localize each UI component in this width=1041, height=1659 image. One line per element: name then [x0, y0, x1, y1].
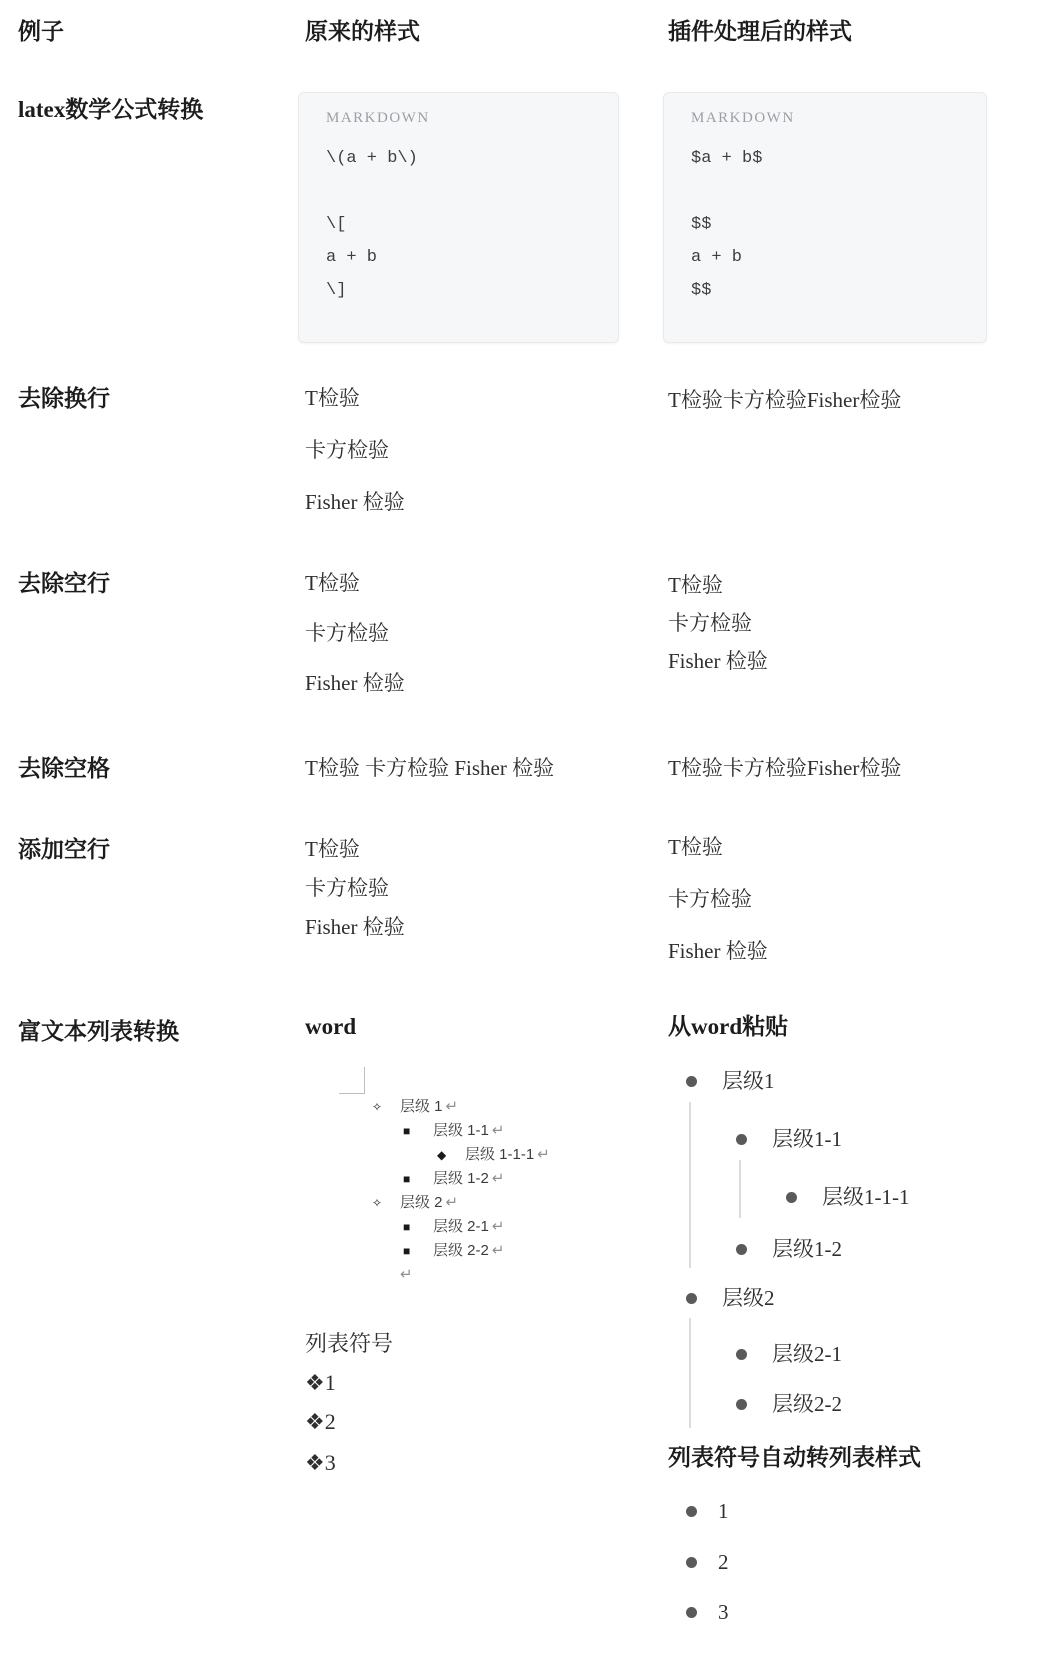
bullet-dot-icon [736, 1349, 747, 1360]
code-line: $$ [691, 208, 986, 241]
word-list-text: 层级 2-1 [433, 1218, 489, 1235]
symbol-item: ❖2 [305, 1408, 336, 1436]
add-blank-original: T检验 卡方检验 Fisher 检验 [305, 836, 405, 940]
add-blank-processed: T检验 卡方检验 Fisher 检验 [668, 834, 768, 964]
bullet-dot-icon [736, 1134, 747, 1145]
remove-linebreak-original: T检验 卡方检验 Fisher 检验 [305, 385, 405, 515]
text-line: 卡方检验 [305, 437, 405, 463]
square-bullet-icon: ■ [403, 1169, 433, 1189]
text-line: T检验 [305, 385, 405, 411]
word-list-text: 层级 2 [400, 1194, 443, 1211]
code-line: a + b [691, 241, 986, 274]
code-language-label: MARKDOWN [326, 109, 618, 128]
code-line-blank [691, 175, 986, 208]
list-item-text: 层级2 [722, 1285, 775, 1311]
list-item-text: 层级1-2 [772, 1236, 842, 1262]
indent-guide-line [689, 1318, 691, 1428]
word-text-boundary-corner-vertical [364, 1067, 365, 1094]
code-language-label: MARKDOWN [691, 109, 986, 128]
indent-guide-line [739, 1160, 741, 1218]
remove-blank-processed: T检验 卡方检验 Fisher 检验 [668, 572, 768, 674]
bullet-dot-icon [686, 1557, 697, 1568]
word-trailing-return: ↵ [400, 1265, 413, 1285]
text-line: 卡方检验 [305, 620, 405, 646]
word-list-item: ◆层级 1-1-1↵ [437, 1145, 550, 1165]
bullet-dot-icon [786, 1192, 797, 1203]
list-item: 1 [686, 1498, 729, 1524]
column-header-processed: 插件处理后的样式 [668, 18, 852, 46]
text-line: T检验 [305, 836, 405, 862]
paste-from-word-heading: 从word粘贴 [668, 1012, 788, 1042]
word-list-item: ✧层级 2↵ [372, 1193, 458, 1213]
symbols-heading: 列表符号 [305, 1330, 393, 1358]
code-block-processed: MARKDOWN $a + b$ $$ a + b $$ [663, 92, 987, 343]
return-mark-icon: ↵ [492, 1242, 505, 1259]
word-list-item: ✧层级 1↵ [372, 1097, 458, 1117]
column-header-original: 原来的样式 [305, 18, 420, 46]
remove-blank-original: T检验 卡方检验 Fisher 检验 [305, 570, 405, 696]
code-line: \] [326, 274, 618, 307]
word-list-text: 层级 1-1-1 [465, 1146, 534, 1163]
code-line: \[ [326, 208, 618, 241]
list-item-text: 层级1-1 [772, 1126, 842, 1152]
diamond-bullet-icon: ◆ [437, 1145, 465, 1165]
list-item: 3 [686, 1599, 729, 1625]
code-line: a + b [326, 241, 618, 274]
list-item-text: 层级1-1-1 [822, 1184, 910, 1210]
word-list-item: ■层级 2-2↵ [403, 1241, 504, 1261]
row-label-remove-linebreak: 去除换行 [18, 385, 110, 413]
text-line: 卡方检验 [668, 886, 768, 912]
word-heading: word [305, 1012, 356, 1042]
return-mark-icon: ↵ [492, 1122, 505, 1139]
list-item-text: 层级1 [722, 1068, 775, 1094]
bullet-dot-icon [686, 1293, 697, 1304]
word-list-text: 层级 1-2 [433, 1170, 489, 1187]
list-item: 层级2-2 [736, 1391, 842, 1417]
code-line: $a + b$ [691, 142, 986, 175]
star-bullet-icon: ✧ [372, 1097, 400, 1117]
text-line: Fisher 检验 [305, 914, 405, 940]
plugin-docs-comparison-table: 例子 原来的样式 插件处理后的样式 latex数学公式转换 MARKDOWN \… [0, 0, 1041, 1659]
code-line-blank [326, 175, 618, 208]
list-item: 层级1-1-1 [786, 1184, 910, 1210]
code-block-original: MARKDOWN \(a + b\) \[ a + b \] [298, 92, 619, 343]
bullet-dot-icon [686, 1506, 697, 1517]
list-item: 层级2 [686, 1285, 775, 1311]
code-line: \(a + b\) [326, 142, 618, 175]
word-text-boundary-corner-horizontal [339, 1093, 365, 1094]
text-line: Fisher 检验 [305, 670, 405, 696]
list-item: 2 [686, 1549, 729, 1575]
square-bullet-icon: ■ [403, 1121, 433, 1141]
text-line: T检验 [668, 834, 768, 860]
word-list-text: 层级 1-1 [433, 1122, 489, 1139]
list-item: 层级1 [686, 1068, 775, 1094]
text-line: Fisher 检验 [668, 938, 768, 964]
return-mark-icon: ↵ [492, 1218, 505, 1235]
text-line: T检验卡方检验Fisher检验 [668, 755, 901, 781]
row-label-remove-space: 去除空格 [18, 755, 110, 783]
list-item-text: 1 [718, 1498, 729, 1524]
list-item-text: 3 [718, 1599, 729, 1625]
row-label-latex: latex数学公式转换 [18, 96, 203, 124]
list-item: 层级2-1 [736, 1341, 842, 1367]
column-header-example: 例子 [18, 18, 64, 46]
list-item-text: 层级2-2 [772, 1391, 842, 1417]
bullet-dot-icon [686, 1607, 697, 1618]
return-mark-icon: ↵ [446, 1098, 459, 1115]
row-label-richtext-list: 富文本列表转换 [18, 1018, 179, 1046]
return-mark-icon: ↵ [446, 1194, 459, 1211]
remove-linebreak-processed: T检验卡方检验Fisher检验 [668, 387, 901, 413]
text-line: T检验 [668, 572, 768, 598]
bullet-dot-icon [736, 1399, 747, 1410]
text-line: Fisher 检验 [668, 648, 768, 674]
symbols-converted-heading: 列表符号自动转列表样式 [668, 1443, 921, 1473]
square-bullet-icon: ■ [403, 1217, 433, 1237]
list-item-text: 层级2-1 [772, 1341, 842, 1367]
text-line: Fisher 检验 [305, 489, 405, 515]
list-item-text: 2 [718, 1549, 729, 1575]
code-line: $$ [691, 274, 986, 307]
text-line: T检验 [305, 570, 405, 596]
star-bullet-icon: ✧ [372, 1193, 400, 1213]
remove-space-original: T检验 卡方检验 Fisher 检验 [305, 755, 554, 781]
square-bullet-icon: ■ [403, 1241, 433, 1261]
row-label-remove-blank: 去除空行 [18, 570, 110, 598]
symbol-item: ❖1 [305, 1369, 336, 1397]
text-line: T检验 卡方检验 Fisher 检验 [305, 755, 554, 781]
text-line: 卡方检验 [668, 610, 768, 636]
text-line: 卡方检验 [305, 875, 405, 901]
symbol-item: ❖3 [305, 1449, 336, 1477]
bullet-dot-icon [736, 1244, 747, 1255]
list-item: 层级1-2 [736, 1236, 842, 1262]
bullet-dot-icon [686, 1076, 697, 1087]
word-list-text: 层级 2-2 [433, 1242, 489, 1259]
word-list-item: ■层级 1-1↵ [403, 1121, 504, 1141]
remove-space-processed: T检验卡方检验Fisher检验 [668, 755, 901, 781]
row-label-add-blank: 添加空行 [18, 836, 110, 864]
word-list-item: ■层级 2-1↵ [403, 1217, 504, 1237]
return-mark-icon: ↵ [537, 1146, 550, 1163]
word-list-text: 层级 1 [400, 1098, 443, 1115]
return-mark-icon: ↵ [492, 1170, 505, 1187]
text-line: T检验卡方检验Fisher检验 [668, 387, 901, 413]
list-item: 层级1-1 [736, 1126, 842, 1152]
word-list-item: ■层级 1-2↵ [403, 1169, 504, 1189]
indent-guide-line [689, 1102, 691, 1268]
return-mark-icon: ↵ [400, 1266, 413, 1283]
